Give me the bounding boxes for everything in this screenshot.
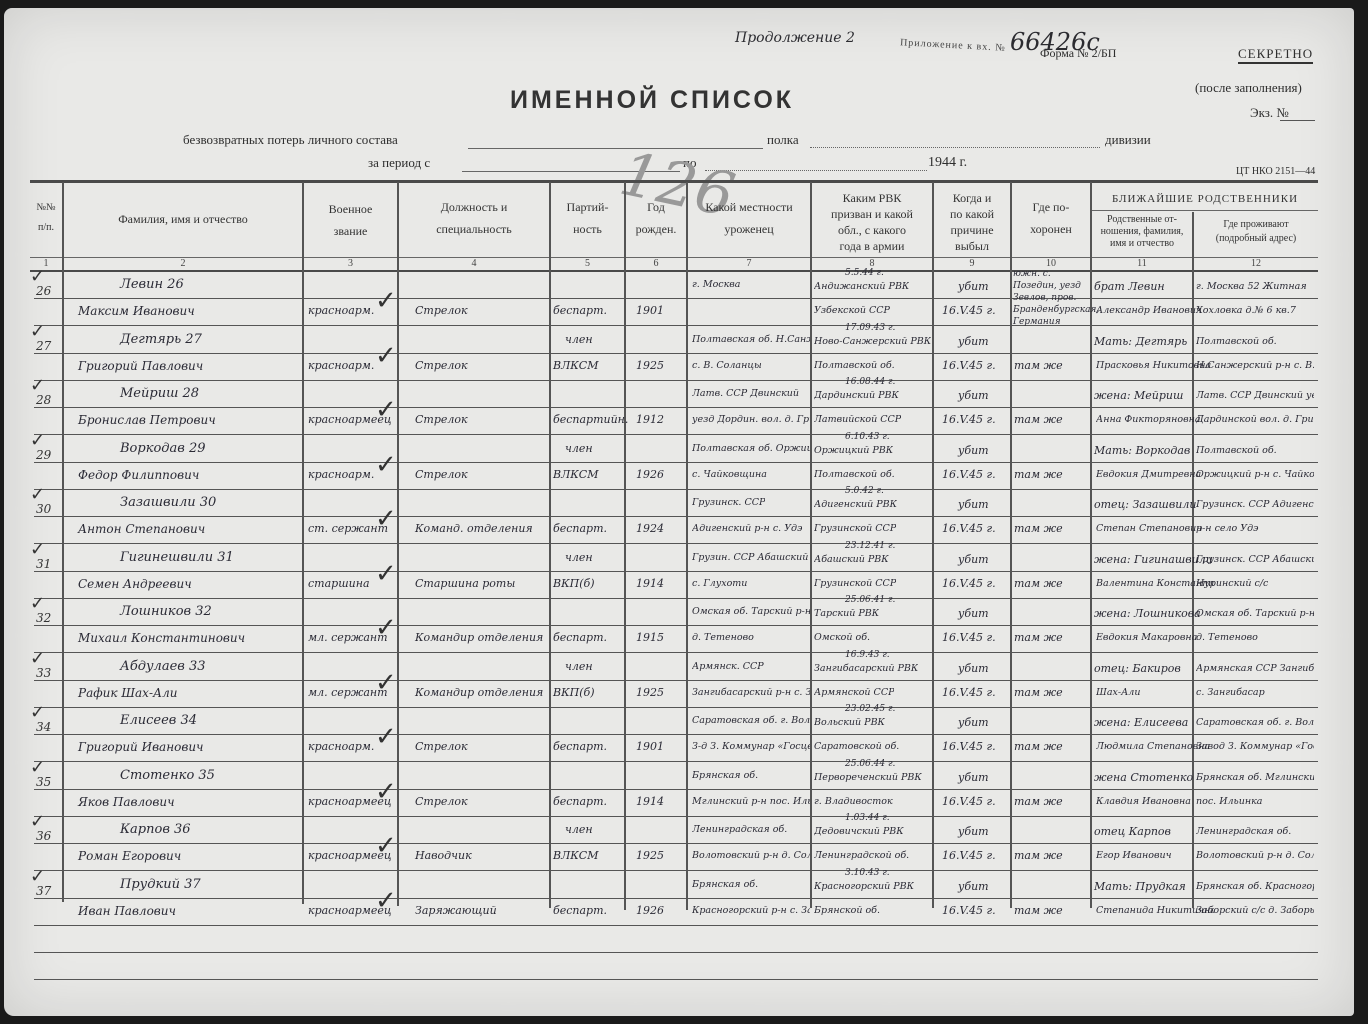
row-line	[34, 380, 1318, 381]
birth-year: 1914	[636, 795, 664, 809]
unit-field	[468, 148, 763, 149]
relative-relation: Мать: Дегтярь	[1094, 335, 1187, 349]
checkmark-icon: ✓	[375, 504, 397, 534]
party-membership-top: член	[565, 823, 593, 837]
given-name-patronymic: Рафик Шах-Али	[78, 686, 177, 700]
header-col-11: Родственные от-ношения, фамилия,имя и от…	[1092, 214, 1192, 250]
surname: Карпов 36	[120, 823, 191, 837]
row-line	[34, 652, 1318, 653]
draft-date: 5.5.44 г.	[845, 266, 884, 280]
place-of-origin-bottom: с. В. Соланцы	[692, 359, 762, 373]
row-line	[34, 298, 1318, 299]
relative-name: Евдокия Макаровна	[1096, 631, 1197, 645]
row-line	[34, 325, 1318, 326]
surname: Гигинешвили 31	[120, 551, 234, 565]
date-of-loss: 16.V.45 г.	[942, 359, 996, 373]
relative-relation: Мать: Прудкая	[1094, 880, 1186, 894]
checkmark-icon: ✓	[375, 559, 397, 589]
burial-place: там же	[1014, 849, 1063, 863]
row-line	[34, 516, 1318, 517]
checkmark-icon: ✓	[375, 613, 397, 643]
draft-date: 3.10.43 г.	[845, 866, 890, 880]
relative-name: Евдокия Дмитревна	[1096, 468, 1201, 482]
col-divider	[397, 182, 399, 906]
party-membership: беспарт.	[553, 631, 607, 645]
checkmark-icon: ✓	[30, 702, 45, 723]
row-line	[34, 407, 1318, 408]
relative-relation: отец: Бакиров	[1094, 662, 1181, 676]
subtitle-prefix: безвозвратных потерь личного состава	[183, 132, 398, 148]
burial-place: там же	[1014, 631, 1063, 645]
draft-date: 16.9.43 г.	[845, 648, 890, 662]
relative-name: Шах-Али	[1096, 686, 1140, 700]
relative-address-top: Латв. ССР Двинский уезд	[1196, 389, 1314, 403]
header-col-10: Где по-хоронен	[1012, 196, 1090, 240]
given-name-patronymic: Григорий Павлович	[78, 359, 203, 373]
surname: Левин 26	[120, 278, 184, 292]
col-num-4: 4	[399, 258, 549, 269]
relative-name: Анна Фикторяновна	[1096, 413, 1201, 427]
place-of-origin-top: Омская об. Тарский р-н	[692, 605, 810, 619]
cause-of-loss: убит	[958, 444, 989, 458]
relative-address-bottom: Н.Санжерский р-н с. В. Соланцы	[1196, 359, 1314, 373]
draft-date: 1.03.44 г.	[845, 811, 890, 825]
cause-of-loss: убит	[958, 389, 989, 403]
relative-address-top: Омская об. Тарский р-н	[1196, 607, 1314, 621]
secret-label: СЕКРЕТНО	[1238, 46, 1313, 64]
col-num-5: 5	[551, 258, 624, 269]
date-of-loss: 16.V.45 г.	[942, 849, 996, 863]
surname: Лошников 32	[120, 605, 212, 619]
draft-date: 25.06.41 г.	[845, 593, 895, 607]
date-of-loss: 16.V.45 г.	[942, 740, 996, 754]
relative-relation: жена Стотенко	[1094, 771, 1193, 785]
regiment-label: полка	[767, 132, 799, 148]
checkmark-icon: ✓	[30, 866, 45, 887]
col-divider	[549, 182, 551, 908]
position: Старшина роты	[415, 577, 515, 591]
draft-office: Ново-Санжерский РВК	[814, 335, 931, 349]
checkmark-icon: ✓	[30, 321, 45, 342]
position: Стрелок	[415, 468, 468, 482]
row-line	[34, 353, 1318, 354]
relative-address-top: Саратовская об. г. Вольск	[1196, 716, 1314, 730]
row-line	[34, 680, 1318, 681]
draft-office: Первореченский РВК	[814, 771, 922, 785]
party-membership: беспарт.	[553, 795, 607, 809]
checkmark-icon: ✓	[375, 341, 397, 371]
surname: Абдулаев 33	[120, 660, 206, 674]
draft-office: Тарский РВК	[814, 607, 879, 621]
burial-place: южн. с. Позедин, уезд Зевлов, пров. Бран…	[1013, 268, 1089, 328]
relative-address-bottom: р-н село Удэ	[1196, 522, 1259, 536]
relative-address-top: Брянская об. Мглинский р-н	[1196, 771, 1314, 785]
relatives-group-header: БЛИЖАЙШИЕ РОДСТВЕННИКИ	[1092, 188, 1318, 210]
birth-year: 1925	[636, 359, 664, 373]
relative-address-bottom: пос. Ильинка	[1196, 795, 1262, 809]
col-divider	[932, 182, 934, 908]
place-of-origin-top: Грузин. ССР Абашский р-н	[692, 551, 810, 565]
header-col-3: Военноезвание	[304, 198, 397, 242]
military-rank: красноарм.	[308, 304, 374, 318]
draft-office: Абашский РВК	[814, 553, 889, 567]
table-top-border	[30, 180, 1318, 183]
draft-region: Узбекской ССР	[814, 304, 890, 318]
place-of-origin-top: Брянская об.	[692, 878, 758, 892]
row-line	[34, 625, 1318, 626]
place-of-origin-bottom: Зангибасарский р-н с. Зангибасар	[692, 686, 810, 700]
party-membership: беспартийн.	[553, 413, 628, 427]
cause-of-loss: убит	[958, 335, 989, 349]
surname: Воркодав 29	[120, 442, 206, 456]
place-of-origin-top: г. Москва	[692, 278, 740, 292]
birth-year: 1912	[636, 413, 664, 427]
handwritten-continuation: Продолжение 2	[735, 30, 855, 46]
burial-place: там же	[1014, 468, 1063, 482]
draft-office: Андижанский РВК	[814, 280, 909, 294]
copy-field	[1280, 120, 1315, 121]
relative-address-bottom: Нуринский с/с	[1196, 577, 1268, 591]
draft-office: Зангибасарский РВК	[814, 662, 918, 676]
row-line	[34, 898, 1318, 899]
draft-region: Полтавской об.	[814, 468, 895, 482]
draft-office: Адигенский РВК	[814, 498, 897, 512]
relative-address-top: Полтавской об.	[1196, 335, 1277, 349]
relative-address-bottom: Дардинской вол. д. Грищины	[1196, 413, 1314, 427]
surname: Зазашвили 30	[120, 496, 216, 510]
place-of-origin-bottom: Волотовский р-н д. Соловьево	[692, 849, 810, 863]
party-membership-top: член	[565, 442, 593, 456]
draft-region: Ленинградской об.	[814, 849, 909, 863]
checkmark-icon: ✓	[30, 266, 45, 287]
birth-year: 1914	[636, 577, 664, 591]
row-line	[34, 979, 1318, 980]
header-col-5: Партий-ность	[551, 196, 624, 240]
cause-of-loss: убит	[958, 771, 989, 785]
relative-relation: отец: Зазашвили	[1094, 498, 1196, 512]
relative-relation: жена: Елисеева	[1094, 716, 1188, 730]
party-membership: беспарт.	[553, 304, 607, 318]
checkmark-icon: ✓	[30, 811, 45, 832]
col-divider	[1090, 182, 1092, 908]
place-of-origin-bottom: Красногорский р-н с. Заборье	[692, 904, 810, 918]
col-num-9: 9	[934, 258, 1010, 269]
header-col-2: Фамилия, имя и отчество	[64, 208, 302, 230]
col-num-6: 6	[626, 258, 686, 269]
given-name-patronymic: Семен Андреевич	[78, 577, 192, 591]
given-name-patronymic: Михаил Константинович	[78, 631, 245, 645]
relative-address-bottom: Хохловка д.№ 6 кв.7	[1196, 304, 1296, 318]
party-membership: ВКП(б)	[553, 686, 595, 700]
relatives-group-line	[1092, 210, 1318, 211]
burial-place: там же	[1014, 413, 1063, 427]
draft-date: 25.06.44 г.	[845, 757, 895, 771]
relative-address-bottom: д. Тетеново	[1196, 631, 1258, 645]
checkmark-icon: ✓	[30, 757, 45, 778]
row-line	[34, 571, 1318, 572]
draft-date: 17.09.43 г.	[845, 321, 895, 335]
party-membership: беспарт.	[553, 904, 607, 918]
header-col-4: Должность испециальность	[399, 196, 549, 240]
row-line	[34, 462, 1318, 463]
date-of-loss: 16.V.45 г.	[942, 904, 996, 918]
given-name-patronymic: Яков Павлович	[78, 795, 175, 809]
row-line	[34, 489, 1318, 490]
cause-of-loss: убит	[958, 498, 989, 512]
given-name-patronymic: Иван Павлович	[78, 904, 176, 918]
draft-region: г. Владивосток	[814, 795, 893, 809]
place-of-origin-bottom: д. Тетеново	[692, 631, 754, 645]
relative-address-top: Грузинск. ССР Абашский р-н	[1196, 553, 1314, 567]
place-of-origin-top: Брянская об.	[692, 769, 758, 783]
burial-place: там же	[1014, 686, 1063, 700]
draft-region: Полтавской об.	[814, 359, 895, 373]
position: Команд. отделения	[415, 522, 533, 536]
checkmark-icon: ✓	[30, 648, 45, 669]
date-of-loss: 16.V.45 г.	[942, 795, 996, 809]
form-number: Форма № 2/БП	[1040, 46, 1116, 61]
row-line	[34, 816, 1318, 817]
draft-office: Красногорский РВК	[814, 880, 914, 894]
col-num-2: 2	[64, 258, 302, 269]
birth-year: 1926	[636, 904, 664, 918]
relative-address-top: Грузинск. ССР Адигенский	[1196, 498, 1314, 512]
position: Командир отделения	[415, 686, 543, 700]
draft-office: Дардинский РВК	[814, 389, 899, 403]
position: Командир отделения	[415, 631, 543, 645]
draft-region: Саратовской об.	[814, 740, 899, 754]
period-year: 1944 г.	[928, 155, 967, 171]
cause-of-loss: убит	[958, 553, 989, 567]
row-line	[34, 925, 1318, 926]
relative-address-bottom: Оржицкий р-н с. Чайковщина	[1196, 468, 1314, 482]
draft-office: Дедовичский РВК	[814, 825, 904, 839]
date-of-loss: 16.V.45 г.	[942, 631, 996, 645]
party-membership: беспарт.	[553, 522, 607, 536]
division-label: дивизии	[1105, 132, 1151, 148]
relative-name: Клавдия Ивановна	[1096, 795, 1191, 809]
place-of-origin-bottom: Мглинский р-н пос. Ильинка	[692, 795, 810, 809]
col-num-7: 7	[688, 258, 810, 269]
place-of-origin-top: Полтавская об. Н.Санжерский р-н	[692, 333, 810, 347]
birth-year: 1901	[636, 740, 664, 754]
draft-region: Армянской ССР	[814, 686, 894, 700]
secret-note: (после заполнения)	[1195, 80, 1302, 96]
print-code: ЦТ НКО 2151—44	[1236, 166, 1315, 177]
burial-place: там же	[1014, 740, 1063, 754]
burial-place: там же	[1014, 577, 1063, 591]
col-divider	[810, 182, 812, 908]
relative-address-bottom: Волотовский р-н д. Соловьево	[1196, 849, 1314, 863]
relative-name: Людмила Степановна	[1096, 740, 1210, 754]
cause-of-loss: убит	[958, 280, 989, 294]
position: Наводчик	[415, 849, 472, 863]
row-line	[34, 843, 1318, 844]
military-rank: старшина	[308, 577, 370, 591]
given-name-patronymic: Григорий Иванович	[78, 740, 204, 754]
date-of-loss: 16.V.45 г.	[942, 577, 996, 591]
cause-of-loss: убит	[958, 716, 989, 730]
surname: Дегтярь 27	[120, 333, 202, 347]
given-name-patronymic: Бронислав Петрович	[78, 413, 216, 427]
header-col-7: Какой местностиуроженец	[688, 196, 810, 240]
checkmark-icon: ✓	[30, 539, 45, 560]
relative-relation: Мать: Воркодав	[1094, 444, 1190, 458]
party-membership: ВЛКСМ	[553, 849, 598, 863]
burial-place: там же	[1014, 522, 1063, 536]
row-line	[34, 761, 1318, 762]
birth-year: 1915	[636, 631, 664, 645]
place-of-origin-bottom: Адигенский р-н с. Удэ	[692, 522, 802, 536]
place-of-origin-bottom: с. Глухоти	[692, 577, 747, 591]
col-num-3: 3	[304, 258, 397, 269]
checkmark-icon: ✓	[375, 450, 397, 480]
burial-place: там же	[1014, 359, 1063, 373]
place-of-origin-bottom: З-д З. Коммунар «Госцемент»	[692, 740, 810, 754]
surname: Елисеев 34	[120, 714, 197, 728]
page-title: ИМЕННОЙ СПИСОК	[510, 86, 794, 115]
row-line	[34, 434, 1318, 435]
relative-name: Егор Иванович	[1096, 849, 1172, 863]
place-of-origin-top: Грузинск. ССР	[692, 496, 765, 510]
header-col-12: Где проживают(подробный адрес)	[1194, 218, 1318, 246]
burial-place: там же	[1014, 904, 1063, 918]
row-line	[34, 952, 1318, 953]
position: Заряжающий	[415, 904, 497, 918]
date-of-loss: 16.V.45 г.	[942, 304, 996, 318]
relative-name: Александр Иванович	[1096, 304, 1202, 318]
header-col-8: Каким РВКпризван и какойобл., с какогого…	[812, 190, 932, 254]
row-line	[34, 734, 1318, 735]
party-membership: ВКП(б)	[553, 577, 595, 591]
relative-address-top: Брянская об. Красногорский р-н	[1196, 880, 1314, 894]
copy-label: Экз. №	[1250, 105, 1289, 121]
date-of-loss: 16.V.45 г.	[942, 686, 996, 700]
party-membership: беспарт.	[553, 740, 607, 754]
row-line	[34, 789, 1318, 790]
checkmark-icon: ✓	[30, 430, 45, 451]
checkmark-icon: ✓	[30, 484, 45, 505]
draft-date: 5.0.42 г.	[845, 484, 884, 498]
place-of-origin-top: Латв. ССР Двинский	[692, 387, 799, 401]
draft-date: 23.02.45 г.	[845, 702, 895, 716]
row-line	[34, 543, 1318, 544]
given-name-patronymic: Максим Иванович	[78, 304, 195, 318]
military-rank: красноарм.	[308, 359, 374, 373]
place-of-origin-top: Ленинградская об.	[692, 823, 787, 837]
draft-office: Вольский РВК	[814, 716, 885, 730]
place-of-origin-bottom: с. Чайковщина	[692, 468, 767, 482]
draft-region: Латвийской ССР	[814, 413, 901, 427]
period-prefix: за период с	[368, 155, 430, 171]
military-rank: красноарм.	[308, 468, 374, 482]
column-number-line	[30, 270, 1318, 272]
party-membership: ВЛКСМ	[553, 359, 598, 373]
draft-region: Омской об.	[814, 631, 870, 645]
checkmark-icon: ✓	[375, 831, 397, 861]
party-membership-top: член	[565, 333, 593, 347]
relative-relation: брат Левин	[1094, 280, 1165, 294]
draft-date: 23.12.41 г.	[845, 539, 895, 553]
given-name-patronymic: Антон Степанович	[78, 522, 205, 536]
header-col-1: №№п/п.	[30, 198, 62, 238]
checkmark-icon: ✓	[375, 886, 397, 916]
header-col-6: Годрожден.	[626, 196, 686, 240]
surname: Прудкий 37	[120, 878, 201, 892]
place-of-origin-top: Армянск. ССР	[692, 660, 764, 674]
draft-region: Грузинской ССР	[814, 577, 896, 591]
row-line	[34, 870, 1318, 871]
date-of-loss: 16.V.45 г.	[942, 468, 996, 482]
draft-date: 6.10.43 г.	[845, 430, 890, 444]
relative-address-top: Армянская ССР Зангибасарский р-н	[1196, 662, 1314, 676]
date-of-loss: 16.V.45 г.	[942, 413, 996, 427]
relative-relation: жена: Лошникова	[1094, 607, 1201, 621]
relative-address-top: Полтавской об.	[1196, 444, 1277, 458]
birth-year: 1901	[636, 304, 664, 318]
birth-year: 1925	[636, 849, 664, 863]
relative-name: Степан Степанович	[1096, 522, 1202, 536]
checkmark-icon: ✓	[375, 777, 397, 807]
position: Стрелок	[415, 304, 468, 318]
relative-name: Прасковья Никитовна	[1096, 359, 1211, 373]
checkmark-icon: ✓	[30, 375, 45, 396]
col-divider	[62, 182, 64, 902]
place-of-origin-top: Саратовская об. г. Вольск	[692, 714, 810, 728]
col-divider	[1010, 182, 1012, 908]
draft-office: Оржицкий РВК	[814, 444, 893, 458]
burial-place: там же	[1014, 795, 1063, 809]
checkmark-icon: ✓	[375, 286, 397, 316]
relative-address-bottom: Заборский с/с д. Заборье	[1196, 904, 1314, 918]
regiment-field	[810, 147, 1100, 148]
birth-year: 1924	[636, 522, 664, 536]
header-col-9: Когда ипо какойпричиневыбыл	[934, 190, 1010, 254]
relative-relation: отец Карпов	[1094, 825, 1171, 839]
position: Стрелок	[415, 740, 468, 754]
given-name-patronymic: Федор Филиппович	[78, 468, 199, 482]
relative-address-top: Ленинградская об.	[1196, 825, 1291, 839]
col-num-11: 11	[1092, 258, 1192, 269]
place-of-origin-top: Полтавская об. Оржицкий р-н	[692, 442, 810, 456]
relative-address-bottom: с. Зангибасар	[1196, 686, 1265, 700]
row-line	[34, 707, 1318, 708]
col-divider	[624, 182, 626, 910]
draft-region: Брянской об.	[814, 904, 880, 918]
military-rank: красноарм.	[308, 740, 374, 754]
cause-of-loss: убит	[958, 825, 989, 839]
date-of-loss: 16.V.45 г.	[942, 522, 996, 536]
col-num-12: 12	[1194, 258, 1318, 269]
relative-relation: жена: Мейриш	[1094, 389, 1183, 403]
col-divider	[686, 182, 688, 910]
position: Стрелок	[415, 795, 468, 809]
given-name-patronymic: Роман Егорович	[78, 849, 181, 863]
cause-of-loss: убит	[958, 662, 989, 676]
relative-address-top: г. Москва 52 Житная	[1196, 280, 1307, 294]
draft-region: Грузинской ССР	[814, 522, 896, 536]
position: Стрелок	[415, 359, 468, 373]
birth-year: 1925	[636, 686, 664, 700]
position: Стрелок	[415, 413, 468, 427]
checkmark-icon: ✓	[375, 395, 397, 425]
cause-of-loss: убит	[958, 607, 989, 621]
place-of-origin-bottom: уезд Дордин. вол. д. Грищины	[692, 413, 810, 427]
draft-date: 16.08.44 г.	[845, 375, 895, 389]
row-line	[34, 598, 1318, 599]
party-membership-top: член	[565, 551, 593, 565]
surname: Стотенко 35	[120, 769, 215, 783]
